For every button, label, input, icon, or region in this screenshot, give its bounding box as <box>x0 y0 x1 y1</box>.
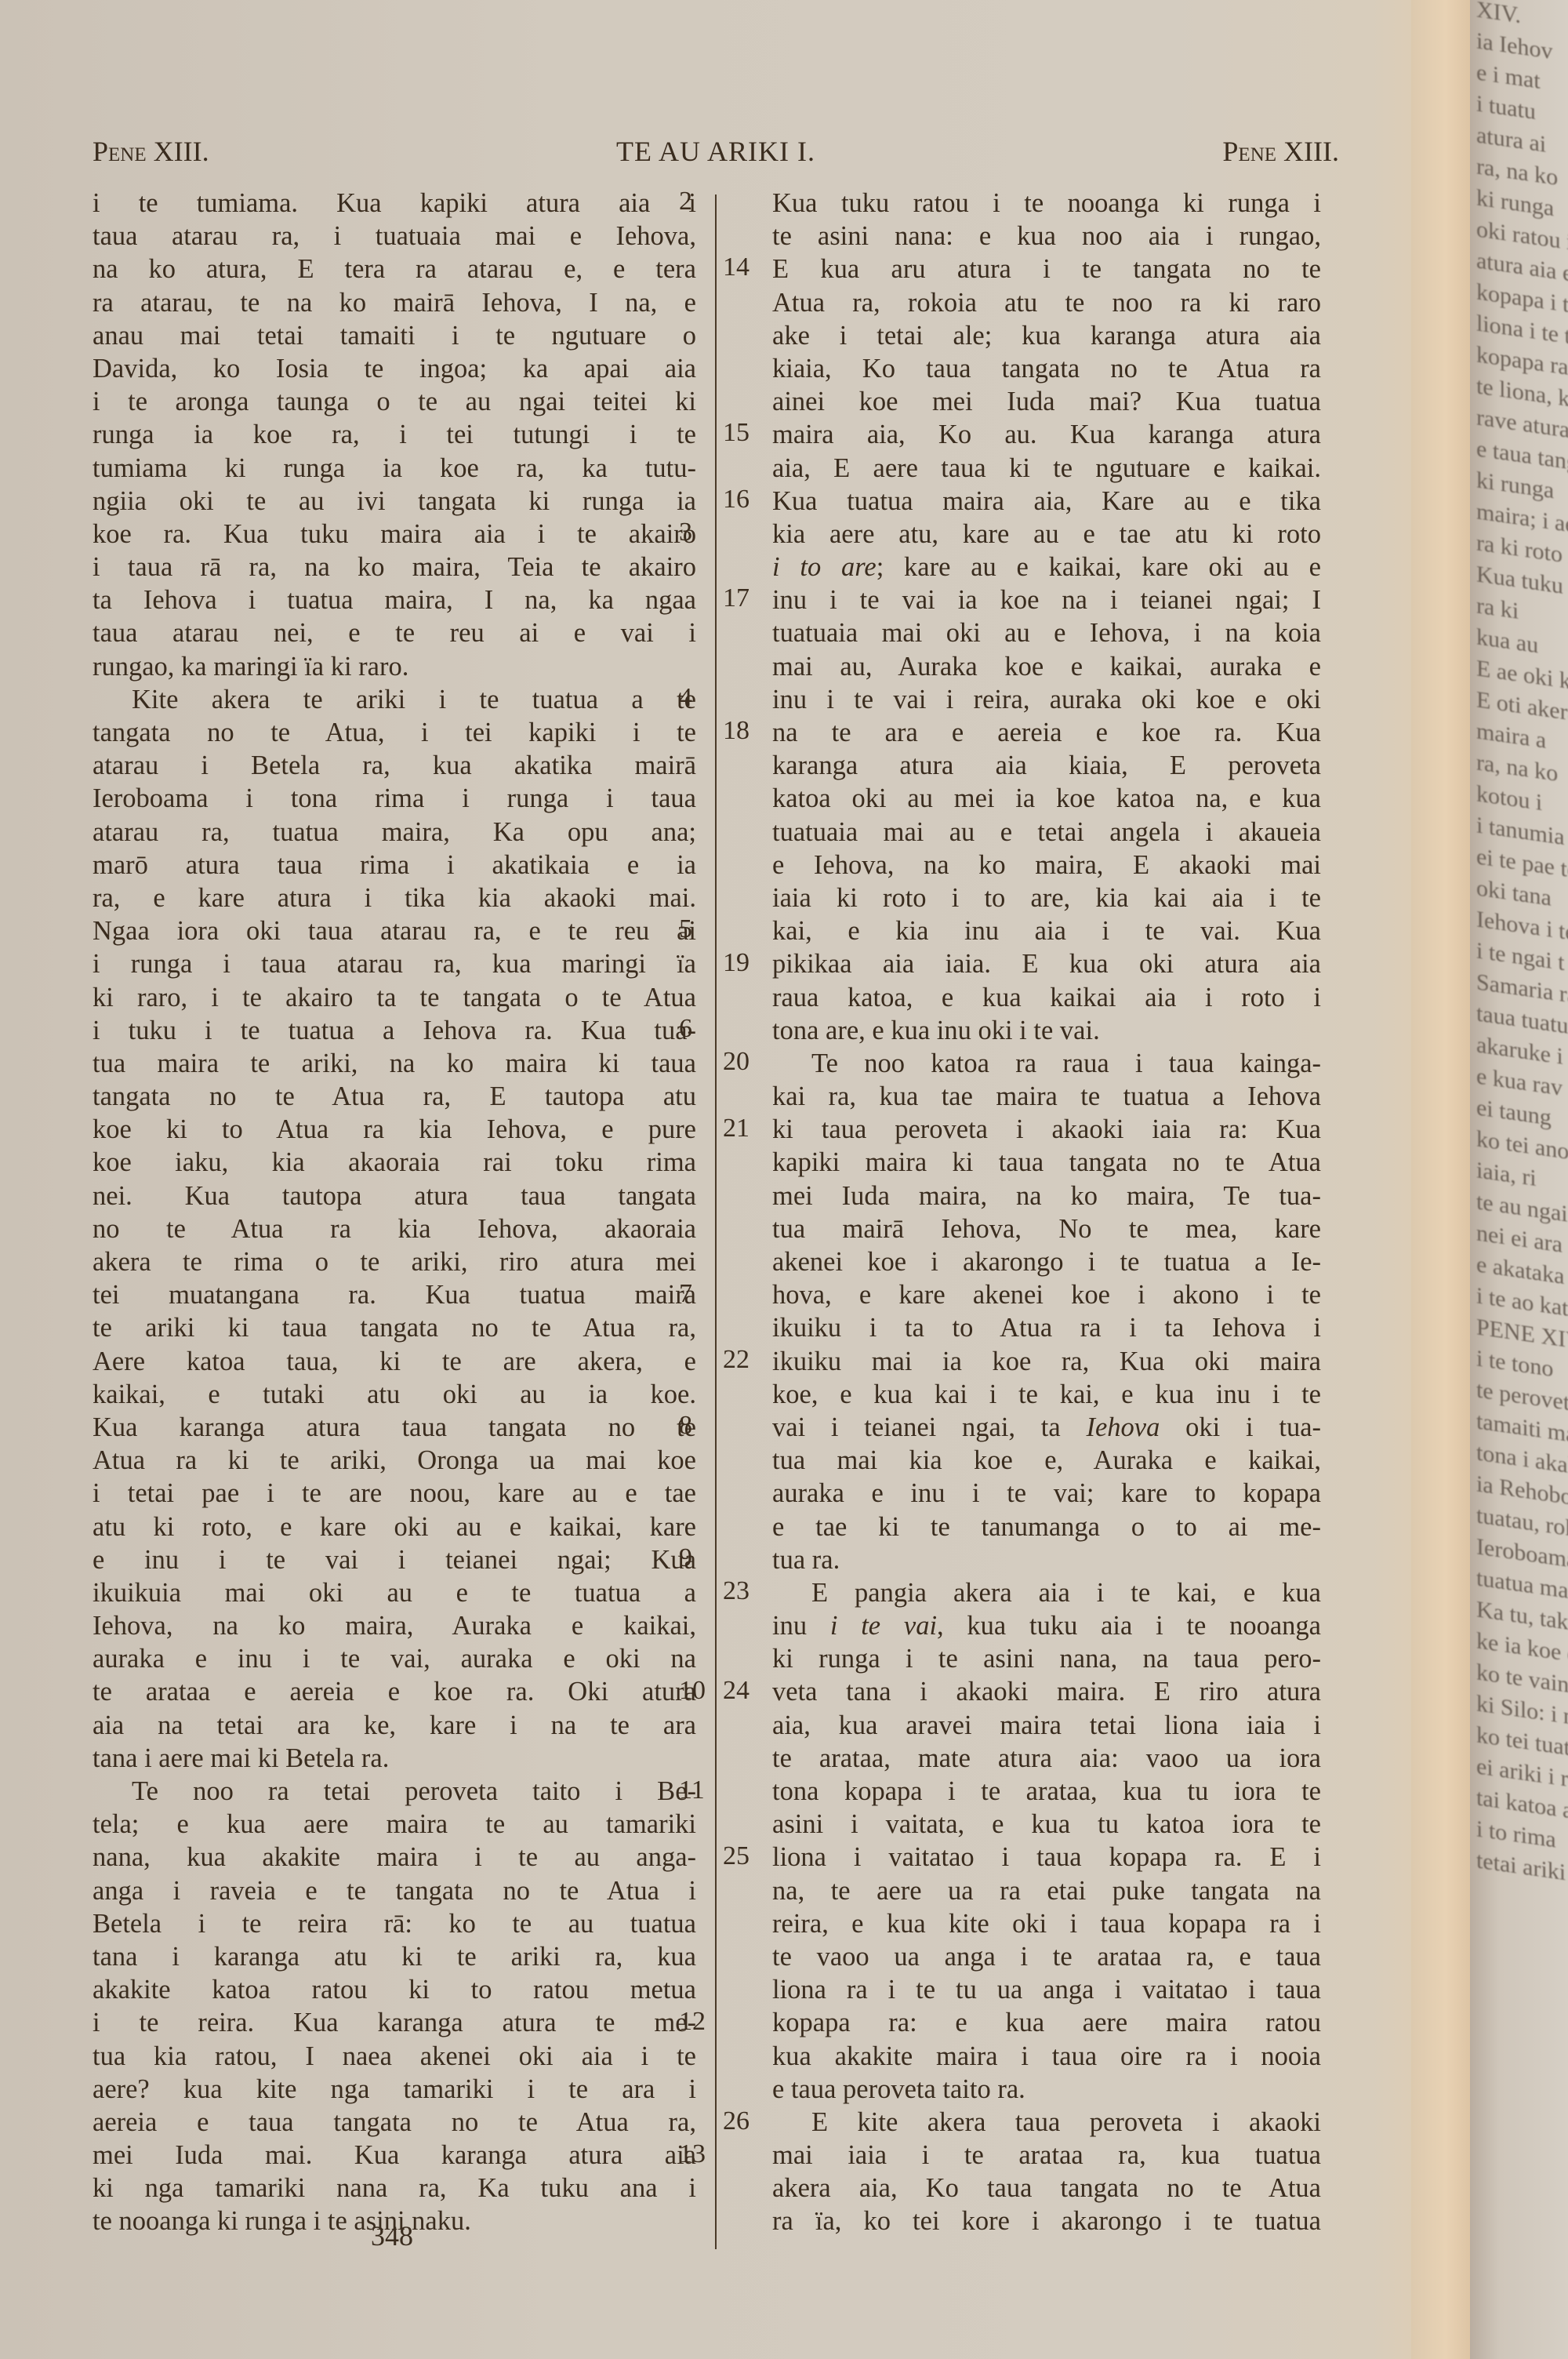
text-line: liona i vaitatao i taua kopapa ra. E i <box>772 1841 1321 1874</box>
text-line: e Iehova, na ko maira, E akaoki mai <box>772 849 1321 881</box>
text-line: koe ra. Kua tuku maira aia i te akairo <box>93 518 696 551</box>
page-number: 348 <box>345 2219 439 2252</box>
text-line: kia aere atu, kare au e tae atu ki roto <box>772 518 1321 551</box>
text-line: aia, E aere taua ki te ngutuare e kaikai… <box>772 452 1321 485</box>
text-line: raua katoa, e kua kaikai aia i roto i <box>772 981 1321 1014</box>
text-line: Betela i te reira rā: ko te au tuatua <box>93 1907 696 1940</box>
text-line: tuatuaia mai oki au e Iehova, i na koia <box>772 616 1321 649</box>
text-line: ainei koe mei Iuda mai? Kua tuatua <box>772 385 1321 418</box>
verse-number: 21 <box>723 1114 750 1143</box>
verse-number: 10 <box>679 1676 706 1706</box>
text-line: te arataa, mate atura aia: vaoo ua iora <box>772 1742 1321 1775</box>
text-line: Ngaa iora oki taua atarau ra, e te reu a… <box>93 914 696 947</box>
text-line: Kua tuatua maira aia, Kare au e tika <box>772 485 1321 518</box>
text-line: Kua karanga atura taua tangata no te <box>93 1411 696 1444</box>
text-line: asini i vaitata, e kua tu katoa iora te <box>772 1808 1321 1841</box>
text-line: koe, e kua kai i te kai, e kua inu i te <box>772 1378 1321 1411</box>
text-line: te arataa e aereia e koe ra. Oki atura <box>93 1675 696 1708</box>
text-line: Kua tuku ratou i te nooanga ki runga i <box>772 187 1321 220</box>
facing-page-edge: XIV.ia Iehove i mati tuatuatura aira, na… <box>1470 0 1568 2359</box>
text-line: taua atarau nei, e te reu ai e vai i <box>93 616 696 649</box>
text-line: E kite akera taua peroveta i akaoki <box>772 2106 1321 2139</box>
verse-number: 12 <box>679 2007 706 2037</box>
text-line: tua mai kia koe e, Auraka e kaikai, <box>772 1444 1321 1477</box>
verse-number: 14 <box>723 253 750 282</box>
italic-text: i to are <box>772 552 877 582</box>
text-line: e inu i te vai i teianei ngai; Kua <box>93 1543 696 1576</box>
text-line: anga i raveia e te tangata no te Atua i <box>93 1874 696 1907</box>
verse-number: 20 <box>723 1047 750 1077</box>
book-page: Pene XIII. TE AU ARIKI I. Pene XIII. i t… <box>0 0 1443 2359</box>
text-line: ki raro, i te akairo ta te tangata o te … <box>93 981 696 1014</box>
text-line: tona are, e kua inu oki i te vai. <box>772 1014 1321 1047</box>
verse-number: 8 <box>679 1411 692 1441</box>
verse-number: 18 <box>723 716 750 746</box>
verse-number: 3 <box>679 518 692 547</box>
text-line: te vaoo ua anga i te arataa ra, e taua <box>772 1940 1321 1973</box>
text-line: aere? kua kite nga tamariki i te ara i <box>93 2073 696 2106</box>
text-line: mai au, Auraka koe e kaikai, auraka e <box>772 650 1321 683</box>
verse-number: 6 <box>679 1014 692 1044</box>
text-line: i te reira. Kua karanga atura te me- <box>93 2006 696 2039</box>
text-line: ra atarau, te na ko mairā Iehova, I na, … <box>93 286 696 319</box>
verse-number: 25 <box>723 1841 750 1871</box>
verse-number: 19 <box>723 948 750 978</box>
text-line: ra, e kare atura i tika kia akaoki mai. <box>93 881 696 914</box>
text-line: akera te rima o te ariki, riro atura mei <box>93 1245 696 1278</box>
verse-number: 23 <box>723 1576 750 1606</box>
text-line: atu ki roto, e kare oki au e kaikai, kar… <box>93 1510 696 1543</box>
chapter-label-right: Pene XIII. <box>1222 135 1339 168</box>
italic-text: Iehova <box>1086 1412 1160 1442</box>
text-line: auraka e inu i te vai; kare to kopapa <box>772 1477 1321 1510</box>
text-line: tana i aere mai ki Betela ra. <box>93 1742 696 1775</box>
text-line: na te ara e aereia e koe ra. Kua <box>772 716 1321 749</box>
text-line: hova, e kare akenei koe i akono i te <box>772 1278 1321 1311</box>
text-line: rungao, ka maringi ïa ki raro. <box>93 650 696 683</box>
text-line: akera aia, Ko taua tangata no te Atua <box>772 2172 1321 2205</box>
text-line: e taua peroveta taito ra. <box>772 2073 1321 2106</box>
text-line: kua akakite maira i taua oire ra i nooia <box>772 2040 1321 2073</box>
text-line: ake i tetai ale; kua karanga atura aia <box>772 319 1321 352</box>
text-line: Ieroboama i tona rima i runga i taua <box>93 782 696 815</box>
text-line: kapiki maira ki taua tangata no te Atua <box>772 1146 1321 1179</box>
text-line: ki taua peroveta i akaoki iaia ra: Kua <box>772 1113 1321 1146</box>
text-line: mai iaia i te arataa ra, kua tuatua <box>772 2139 1321 2172</box>
text-line: tana i karanga atu ki te ariki ra, kua <box>93 1940 696 1973</box>
text-line: te ariki ki taua tangata no te Atua ra, <box>93 1311 696 1344</box>
text-line: marō atura taua rima i akatikaia e ia <box>93 849 696 881</box>
text-line: taua atarau ra, i tuatuaia mai e Iehova, <box>93 220 696 253</box>
text-line: katoa oki au mei ia koe katoa na, e kua <box>772 782 1321 815</box>
text-line: na ko atura, E tera ra atarau e, e tera <box>93 253 696 285</box>
text-line: atarau i Betela ra, kua akatika mairā <box>93 749 696 782</box>
text-line: ngiia oki te au ivi tangata ki runga ia <box>93 485 696 518</box>
verse-number: 15 <box>723 418 750 448</box>
text-line: auraka e inu i te vai, auraka e oki na <box>93 1642 696 1675</box>
text-line: ki runga i te asini nana, na taua pero- <box>772 1642 1321 1675</box>
text-line: iaia ki roto i to are, kia kai aia i te <box>772 881 1321 914</box>
text-line: karanga atura aia kiaia, E peroveta <box>772 749 1321 782</box>
verse-number: 22 <box>723 1345 750 1375</box>
text-line: Te noo ra tetai peroveta taito i Be- <box>93 1775 696 1808</box>
text-line: ki nga tamariki nana ra, Ka tuku ana i <box>93 2172 696 2205</box>
text-line: pikikaa aia iaia. E kua oki atura aia <box>772 947 1321 980</box>
text-line: tona kopapa i te arataa, kua tu iora te <box>772 1775 1321 1808</box>
text-line: tumiama ki runga ia koe ra, ka tutu- <box>93 452 696 485</box>
text-line: mei Iuda mai. Kua karanga atura aia <box>93 2139 696 2172</box>
running-header: Pene XIII. TE AU ARIKI I. Pene XIII. <box>93 135 1339 174</box>
text-line: nei. Kua tautopa atura taua tangata <box>93 1179 696 1212</box>
text-line: Te noo katoa ra raua i taua kainga- <box>772 1047 1321 1080</box>
text-line: tuatuaia mai au e tetai angela i akaueia <box>772 816 1321 849</box>
text-line: liona ra i te tu ua anga i vaitatao i ta… <box>772 1973 1321 2006</box>
verse-number: 4 <box>679 683 692 713</box>
text-line: aia, kua aravei maira tetai liona iaia i <box>772 1709 1321 1742</box>
verse-number: 5 <box>679 914 692 944</box>
italic-text: i te vai <box>830 1611 937 1641</box>
text-line: runga ia koe ra, i tei tutungi i te <box>93 418 696 451</box>
verse-number: 9 <box>679 1543 692 1573</box>
verse-number: 16 <box>723 485 750 514</box>
text-line: Atua ra, rokoia atu te noo ra ki raro <box>772 286 1321 319</box>
text-line: kai ra, kua tae maira te tuatua a Iehova <box>772 1080 1321 1113</box>
text-line: na, te aere ua ra etai puke tangata na <box>772 1874 1321 1907</box>
text-line: vai i teianei ngai, ta Iehova oki i tua- <box>772 1411 1321 1444</box>
text-line: kopapa ra: e kua aere maira ratou <box>772 2006 1321 2039</box>
text-line: E pangia akera aia i te kai, e kua <box>772 1576 1321 1609</box>
text-line: anau mai tetai tamaiti i te ngutuare o <box>93 319 696 352</box>
text-line: tua kia ratou, I naea akenei oki aia i t… <box>93 2040 696 2073</box>
text-line: kai, e kia inu aia i te vai. Kua <box>772 914 1321 947</box>
text-line: Aere katoa taua, ki te are akera, e <box>93 1345 696 1378</box>
verse-number: 7 <box>679 1279 692 1309</box>
text-line: i tuku i te tuatua a Iehova ra. Kua tua- <box>93 1014 696 1047</box>
text-line: tua maira te ariki, na ko maira ki taua <box>93 1047 696 1080</box>
text-line: e tae ki te tanumanga o to ai me- <box>772 1510 1321 1543</box>
text-line: i tetai pae i te are noou, kare au e tae <box>93 1477 696 1510</box>
text-line: inu i te vai ia koe na i teianei ngai; I <box>772 583 1321 616</box>
text-line: tangata no te Atua, i tei kapiki i te <box>93 716 696 749</box>
text-line: ra ïa, ko tei kore i akarongo i te tuatu… <box>772 2205 1321 2237</box>
text-line: i te aronga taunga o te au ngai teitei k… <box>93 385 696 418</box>
text-line: inu i te vai, kua tuku aia i te nooanga <box>772 1609 1321 1642</box>
text-line: mei Iuda maira, na ko maira, Te tua- <box>772 1179 1321 1212</box>
text-line: Davida, ko Iosia te ingoa; ka apai aia <box>93 352 696 385</box>
text-line: akakite katoa ratou ki to ratou metua <box>93 1973 696 2006</box>
text-line: reira, e kua kite oki i taua kopapa ra i <box>772 1907 1321 1940</box>
text-line: E kua aru atura i te tangata no te <box>772 253 1321 285</box>
text-line: Atua ra ki te ariki, Oronga ua mai koe <box>93 1444 696 1477</box>
text-line: tua ra. <box>772 1543 1321 1576</box>
text-line: i taua rā ra, na ko maira, Teia te akair… <box>93 551 696 583</box>
text-line: koe ki to Atua ra kia Iehova, e pure <box>93 1113 696 1146</box>
text-line: nana, kua akakite maira i te au anga- <box>93 1841 696 1874</box>
text-line: no te Atua ra kia Iehova, akaoraia <box>93 1212 696 1245</box>
verse-number: 24 <box>723 1676 750 1706</box>
book-title: TE AU ARIKI I. <box>93 135 1339 168</box>
text-line: aia na tetai ara ke, kare i na te ara <box>93 1709 696 1742</box>
text-line: tua mairā Iehova, No te mea, kare <box>772 1212 1321 1245</box>
text-line: Kite akera te ariki i te tuatua a te <box>93 683 696 716</box>
text-line: maira aia, Ko au. Kua karanga atura <box>772 418 1321 451</box>
right-text-column: Kua tuku ratou i te nooanga ki runga ite… <box>772 187 1321 2238</box>
text-line: ikuikuia mai oki au e te tuatua a <box>93 1576 696 1609</box>
verse-number: 13 <box>679 2139 706 2169</box>
text-line: i runga i taua atarau ra, kua maringi ïa <box>93 947 696 980</box>
text-line: akenei koe i akarongo i te tuatua a Ie- <box>772 1245 1321 1278</box>
left-text-column: i te tumiama. Kua kapiki atura aia itaua… <box>93 187 696 2238</box>
text-line: kaikai, e tutaki atu oki au ia koe. <box>93 1378 696 1411</box>
verse-number: 17 <box>723 583 750 613</box>
text-line: Iehova, na ko maira, Auraka e kaikai, <box>93 1609 696 1642</box>
text-line: ikuiku mai ia koe ra, Kua oki maira <box>772 1345 1321 1378</box>
verse-number: 26 <box>723 2106 750 2136</box>
text-line: inu i te vai i reira, auraka oki koe e o… <box>772 683 1321 716</box>
text-line: aereia e taua tangata no te Atua ra, <box>93 2106 696 2139</box>
text-line: tangata no te Atua ra, E tautopa atu <box>93 1080 696 1113</box>
text-line: koe iaku, kia akaoraia rai toku rima <box>93 1146 696 1179</box>
text-line: veta tana i akaoki maira. E riro atura <box>772 1675 1321 1708</box>
text-line: tela; e kua aere maira te au tamariki <box>93 1808 696 1841</box>
verse-number: 11 <box>679 1776 705 1805</box>
text-line: ta Iehova i tuatua maira, I na, ka ngaa <box>93 583 696 616</box>
text-line: kiaia, Ko taua tangata no te Atua ra <box>772 352 1321 385</box>
text-line: i te tumiama. Kua kapiki atura aia i <box>93 187 696 220</box>
text-line: tei muatangana ra. Kua tuatua maira <box>93 1278 696 1311</box>
text-line: i to are; kare au e kaikai, kare oki au … <box>772 551 1321 583</box>
text-line: te asini nana: e kua noo aia i rungao, <box>772 220 1321 253</box>
text-line: atarau ra, tuatua maira, Ka opu ana; <box>93 816 696 849</box>
column-divider-rule <box>715 194 717 2249</box>
text-line: ikuiku i ta to Atua ra i ta Iehova i <box>772 1311 1321 1344</box>
verse-number: 2 <box>679 187 692 216</box>
